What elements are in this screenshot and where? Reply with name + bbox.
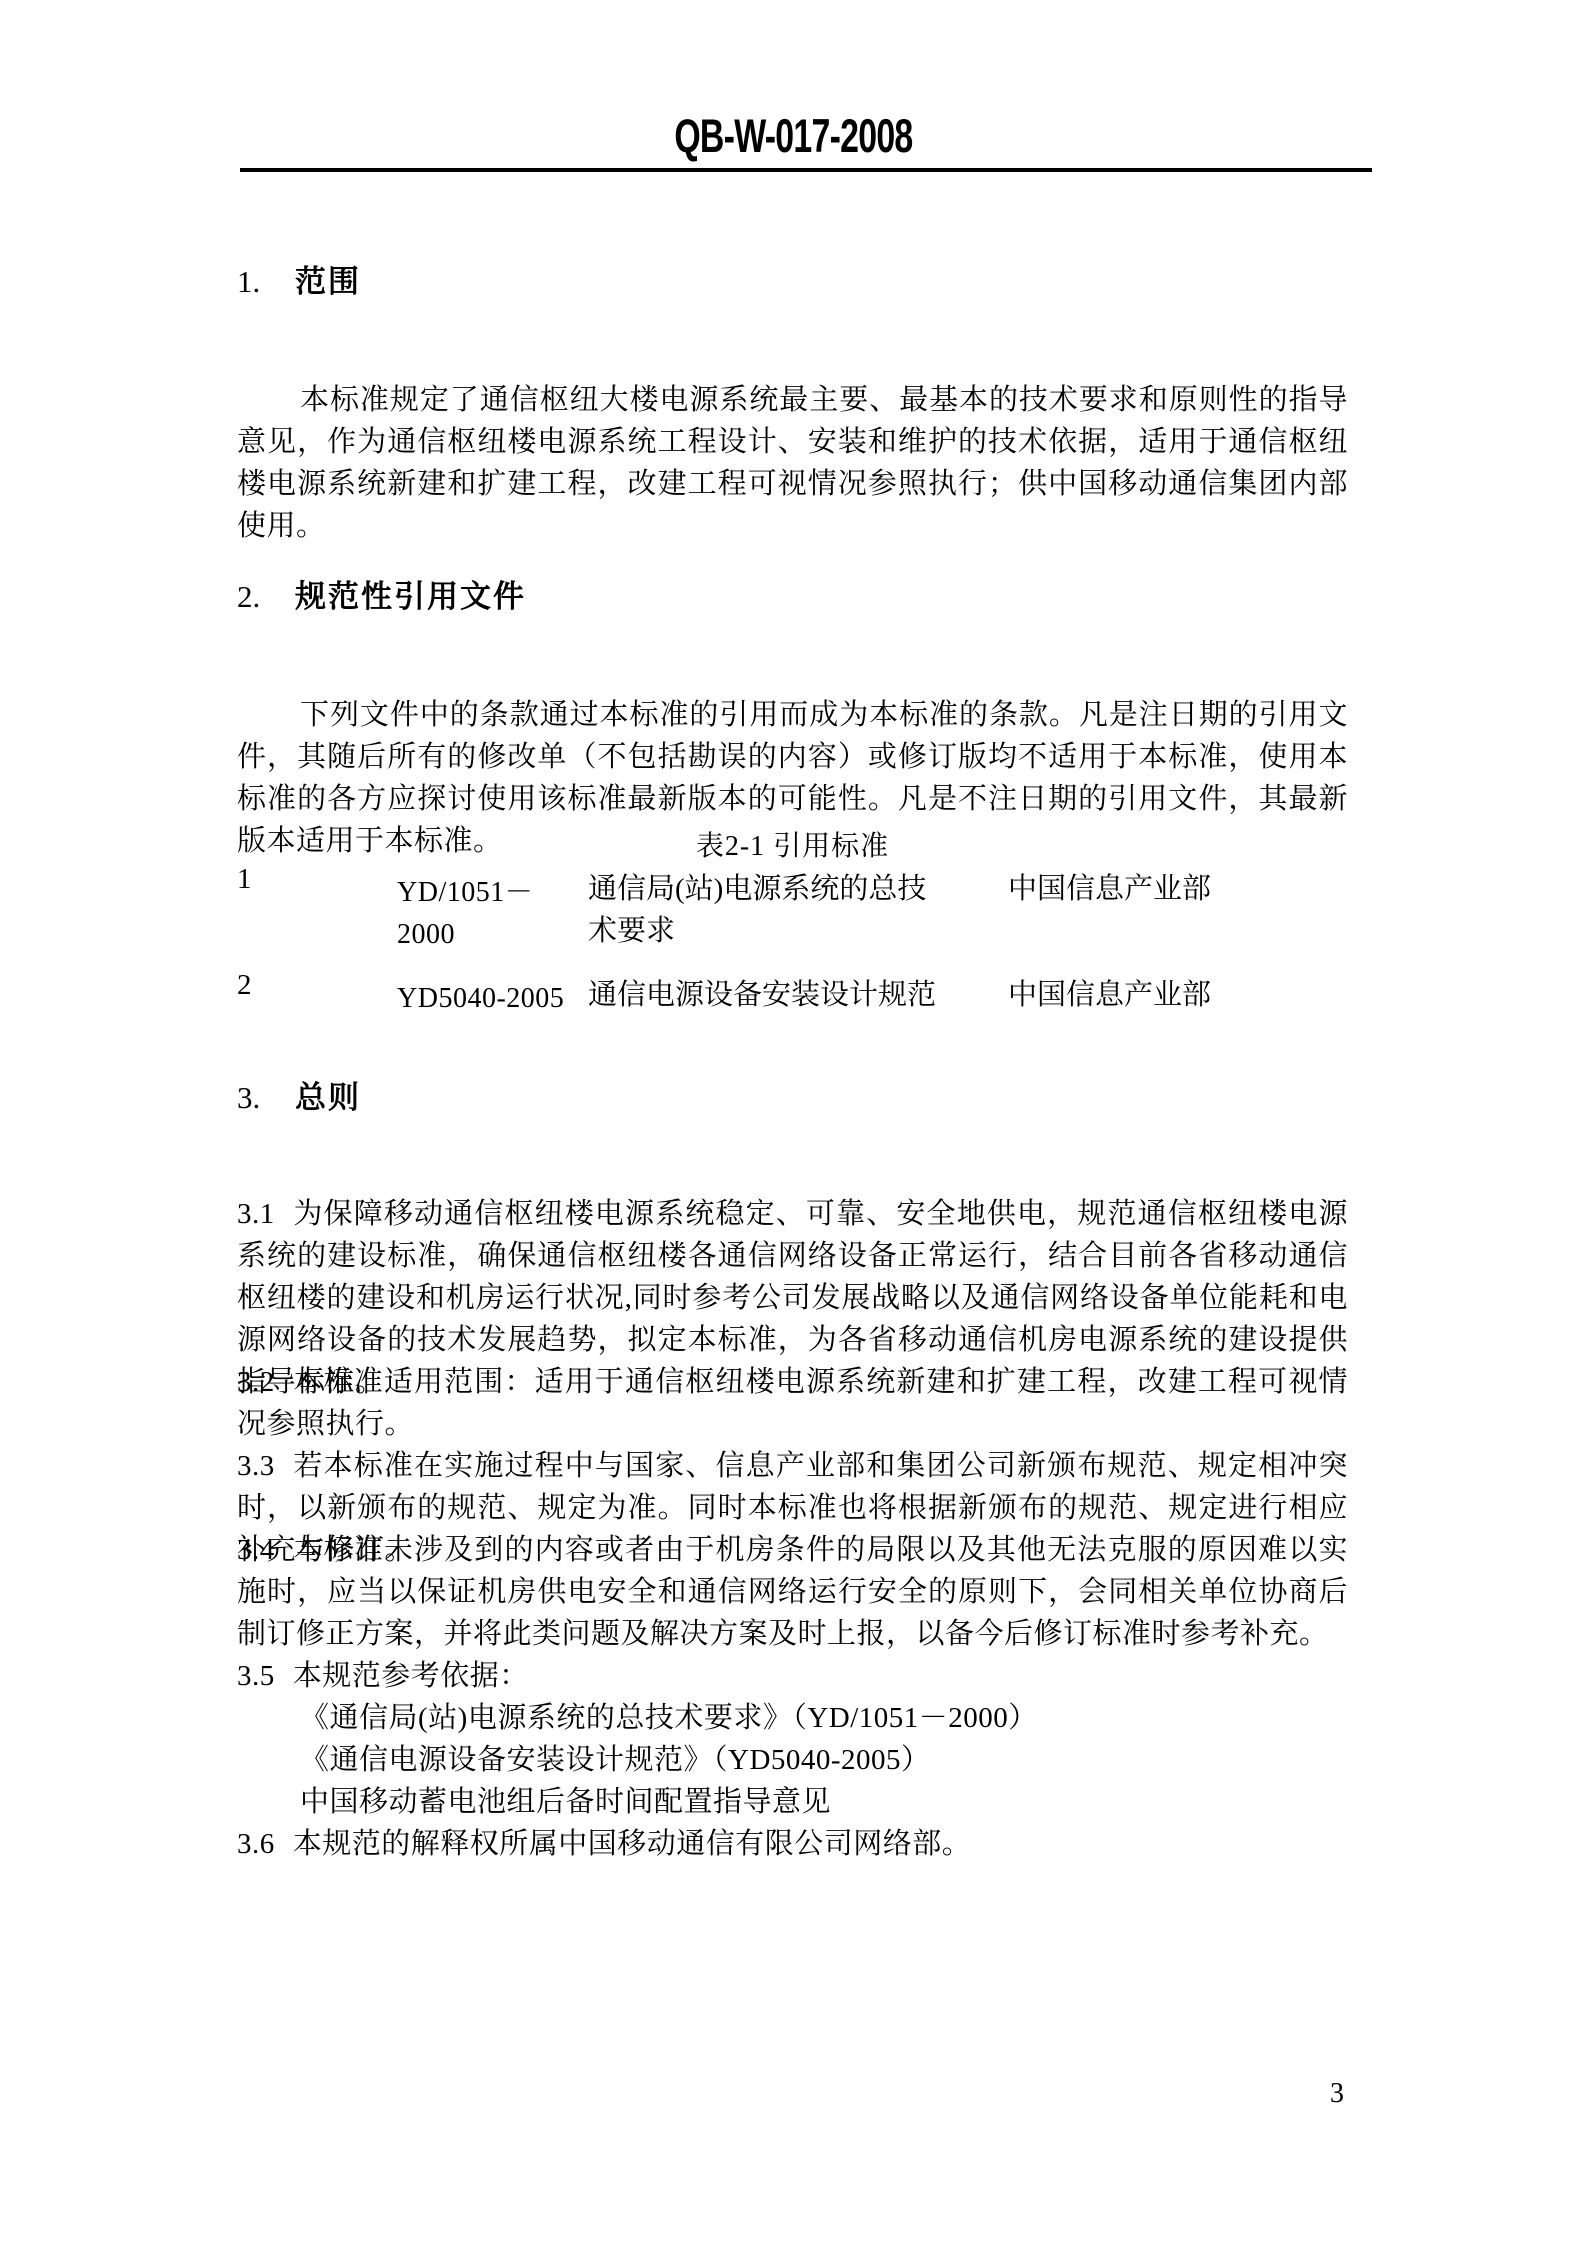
table-cell-code: YD5040-2005: [397, 964, 588, 1020]
section-heading-scope: 1.范围: [237, 262, 1348, 302]
section-title: 规范性引用文件: [295, 579, 526, 614]
document-code: QB-W-017-2008: [674, 108, 912, 163]
clause-number: 3.2: [237, 1366, 275, 1398]
table-cell-org: 中国信息产业部: [1008, 964, 1348, 1020]
section-title: 总则: [295, 1080, 361, 1115]
table-cell-name: 通信电源设备安装设计规范: [588, 964, 1008, 1020]
reference-item: 《通信电源设备安装设计规范》（YD5040-2005）: [237, 1739, 1348, 1781]
paragraph-scope: 本标准规定了通信枢纽大楼电源系统最主要、最基本的技术要求和原则性的指导意见，作为…: [237, 379, 1348, 547]
reference-item: 中国移动蓄电池组后备时间配置指导意见: [237, 1781, 1348, 1823]
clause-number: 3.4: [237, 1534, 275, 1566]
clause-3-2: 3.2本标准适用范围：适用于通信枢纽楼电源系统新建和扩建工程，改建工程可视情况参…: [237, 1361, 1348, 1445]
header-rule: [240, 168, 1372, 172]
references-table: 1 YD/1051－2000 通信局(站)电源系统的总技术要求 中国信息产业部 …: [237, 858, 1348, 1020]
clause-3-6: 3.6本规范的解释权所属中国移动通信有限公司网络部。: [237, 1823, 1348, 1865]
clause-number: 3.3: [237, 1450, 275, 1482]
section-number: 1.: [237, 262, 295, 302]
section-heading-references: 2.规范性引用文件: [237, 577, 1348, 617]
clause-3-4: 3.4本标准未涉及到的内容或者由于机房条件的局限以及其他无法克服的原因难以实施时…: [237, 1529, 1348, 1655]
document-header: QB-W-017-2008: [0, 108, 1586, 163]
table-cell-name-text: 通信电源设备安装设计规范: [588, 974, 948, 1016]
table-row: 1 YD/1051－2000 通信局(站)电源系统的总技术要求 中国信息产业部: [237, 858, 1348, 956]
table-cell-name: 通信局(站)电源系统的总技术要求: [588, 858, 1008, 956]
table-cell-code: YD/1051－2000: [397, 858, 588, 956]
section-heading-general: 3.总则: [237, 1078, 1348, 1118]
table-cell-no: 2: [237, 964, 397, 1020]
clause-number: 3.1: [237, 1198, 275, 1230]
reference-item: 《通信局(站)电源系统的总技术要求》（YD/1051－2000）: [237, 1697, 1348, 1739]
table-cell-org: 中国信息产业部: [1008, 858, 1348, 956]
section-number: 3.: [237, 1078, 295, 1118]
clause-3-5: 3.5本规范参考依据：: [237, 1655, 1348, 1697]
clause-number: 3.5: [237, 1660, 275, 1692]
section-title: 范围: [295, 264, 361, 299]
table-row: 2 YD5040-2005 通信电源设备安装设计规范 中国信息产业部: [237, 964, 1348, 1020]
clause-text: 本标准适用范围：适用于通信枢纽楼电源系统新建和扩建工程，改建工程可视情况参照执行…: [237, 1366, 1348, 1440]
clause-text: 本规范的解释权所属中国移动通信有限公司网络部。: [293, 1828, 972, 1860]
clause-text: 本标准未涉及到的内容或者由于机房条件的局限以及其他无法克服的原因难以实施时，应当…: [237, 1534, 1348, 1650]
table-cell-no: 1: [237, 858, 397, 956]
section-number: 2.: [237, 577, 295, 617]
table-cell-name-text: 通信局(站)电源系统的总技术要求: [588, 868, 948, 952]
clause-number: 3.6: [237, 1828, 275, 1860]
clause-text: 本规范参考依据：: [293, 1660, 529, 1692]
page-number: 3: [1330, 2078, 1344, 2110]
document-page: QB-W-017-2008 1.范围 本标准规定了通信枢纽大楼电源系统最主要、最…: [0, 0, 1586, 2244]
